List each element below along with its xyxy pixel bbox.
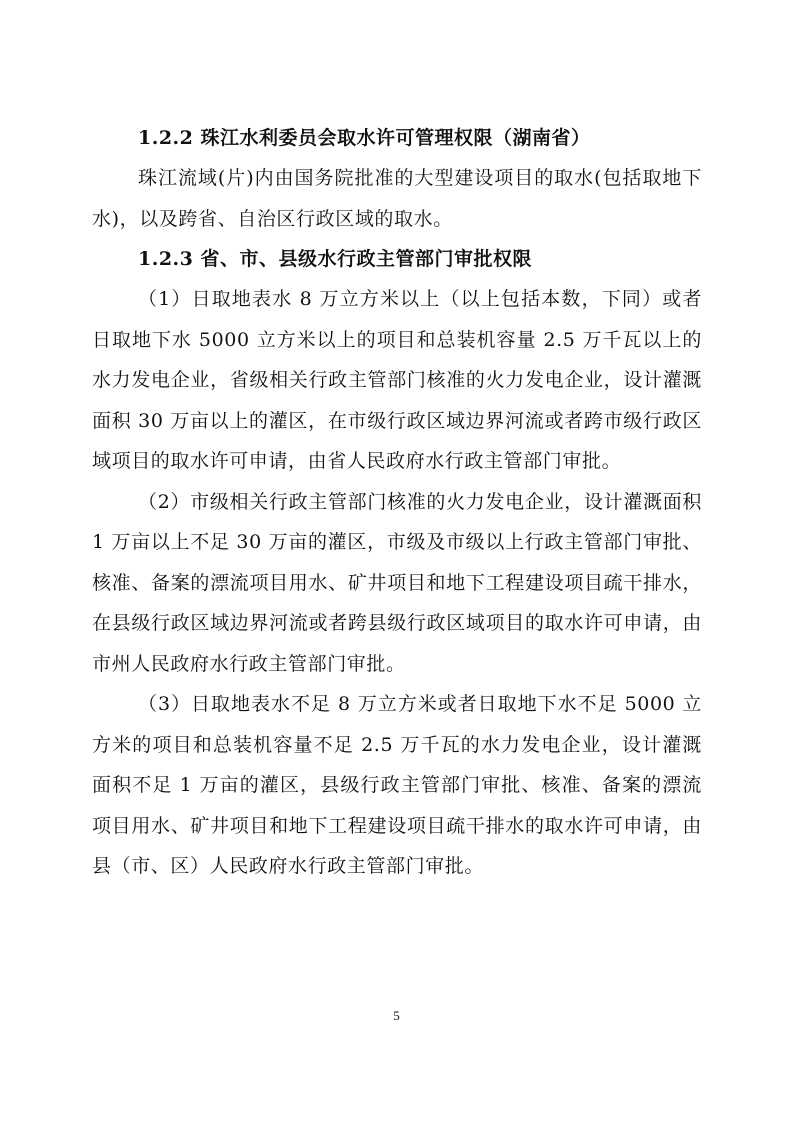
paragraph-item-3: （3）日取地表水不足 8 万立方米或者日取地下水不足 5000 立方米的项目和总… (92, 684, 702, 887)
paragraph-pearl-river-authority: 珠江流域(片)内由国务院批准的大型建设项目的取水(包括取地下水)，以及跨省、自治… (92, 158, 702, 239)
page-number: 5 (0, 1008, 793, 1024)
paragraph-item-1: （1）日取地表水 8 万立方米以上（以上包括本数，下同）或者日取地下水 5000… (92, 279, 702, 482)
document-page: 1.2.2 珠江水利委员会取水许可管理权限（湖南省） 珠江流域(片)内由国务院批… (92, 118, 702, 887)
paragraph-item-2: （2）市级相关行政主管部门核准的火力发电企业，设计灌溉面积 1 万亩以上不足 3… (92, 482, 702, 685)
section-heading-1-2-2: 1.2.2 珠江水利委员会取水许可管理权限（湖南省） (138, 118, 702, 158)
section-heading-1-2-3: 1.2.3 省、市、县级水行政主管部门审批权限 (138, 239, 702, 279)
